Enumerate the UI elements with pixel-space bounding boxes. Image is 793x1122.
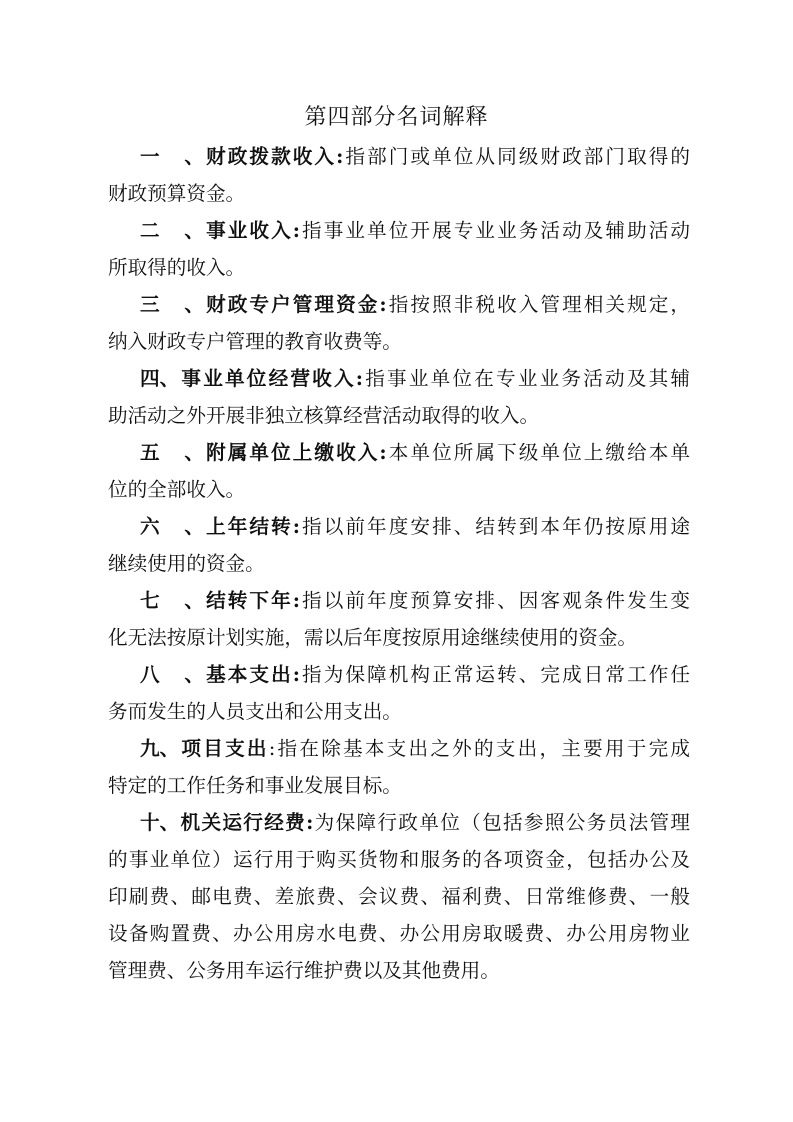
term: 财政拨款收入: (204, 145, 343, 168)
definition-6-line-1: 六、上年结转:指以前年度安排、结转到本年仍按原用途 (140, 513, 690, 541)
term: 附属单位上缴收入: (204, 441, 387, 464)
definition-text: :指在除基本支出之外的支出，主要用于完成 (269, 737, 690, 760)
item-number: 九、 (140, 735, 179, 763)
definition-7-line-2: 化无法按原计划实施，需以后年度按原用途继续使用的资金。 (108, 624, 690, 652)
term: 项目支出 (179, 737, 269, 760)
definition-10-line-5: 管理费、公务用车运行维护费以及其他费用。 (108, 957, 690, 985)
definition-text: 指事业单位在专业业务活动及其辅 (363, 367, 690, 390)
definition-9-line-2: 特定的工作任务和事业发展目标。 (108, 772, 690, 800)
item-number: 五、 (140, 439, 204, 467)
item-number: 六、 (140, 513, 204, 541)
page-title: 第四部分名词解释 (0, 100, 793, 131)
definition-text: 指部门或单位从同级财政部门取得的 (343, 145, 690, 168)
definition-1-line-2: 财政预算资金。 (108, 180, 690, 208)
definition-text: 指为保障机构正常运转、完成日常工作任 (300, 663, 690, 686)
term: 上年结转: (204, 515, 300, 538)
definition-text: 指按照非税收入管理相关规定， (387, 293, 690, 316)
term: 基本支出: (204, 663, 300, 686)
definition-2-line-2: 所取得的收入。 (108, 254, 690, 282)
term: 财政专户管理资金: (204, 293, 387, 316)
definition-10-line-2: 的事业单位）运行用于购买货物和服务的各项资金，包括办公及 (108, 846, 690, 874)
definition-3-line-1: 三、财政专户管理资金:指按照非税收入管理相关规定， (140, 291, 690, 319)
item-number: 一、 (140, 143, 204, 171)
term: 事业收入: (204, 219, 300, 242)
definition-1-line-1: 一、财政拨款收入:指部门或单位从同级财政部门取得的 (140, 143, 690, 171)
definition-text: 指以前年度安排、结转到本年仍按原用途 (300, 515, 690, 538)
definition-text: 指以前年度预算安排、因客观条件发生变 (300, 589, 690, 612)
definition-8-line-2: 务而发生的人员支出和公用支出。 (108, 698, 690, 726)
definition-text: 为保障行政单位（包括参照公务员法管理 (313, 811, 690, 834)
definition-text: 指事业单位开展专业业务活动及辅助活动 (300, 219, 690, 242)
definition-10-line-1: 十、机关运行经费:为保障行政单位（包括参照公务员法管理 (140, 809, 690, 837)
definition-4-line-2: 助活动之外开展非独立核算经营活动取得的收入。 (108, 402, 690, 430)
item-number: 十、 (140, 809, 179, 837)
definition-3-line-2: 纳入财政专户管理的教育收费等。 (108, 328, 690, 356)
definition-2-line-1: 二、事业收入:指事业单位开展专业业务活动及辅助活动 (140, 217, 690, 245)
definition-5-line-2: 位的全部收入。 (108, 476, 690, 504)
definition-7-line-1: 七、结转下年:指以前年度预算安排、因客观条件发生变 (140, 587, 690, 615)
definition-10-line-3: 印刷费、邮电费、差旅费、会议费、福利费、日常维修费、一般 (108, 883, 690, 911)
item-number: 二、 (140, 217, 204, 245)
definition-4-line-1: 四、事业单位经营收入:指事业单位在专业业务活动及其辅 (140, 365, 690, 393)
definition-6-line-2: 继续使用的资金。 (108, 550, 690, 578)
definition-8-line-1: 八、基本支出:指为保障机构正常运转、完成日常工作任 (140, 661, 690, 689)
definition-10-line-4: 设备购置费、办公用房水电费、办公用房取暖费、办公用房物业 (108, 920, 690, 948)
definition-5-line-1: 五、附属单位上缴收入:本单位所属下级单位上缴给本单 (140, 439, 690, 467)
item-number: 八、 (140, 661, 204, 689)
item-number: 七、 (140, 587, 204, 615)
definition-9-line-1: 九、项目支出:指在除基本支出之外的支出，主要用于完成 (140, 735, 690, 763)
item-number: 三、 (140, 291, 204, 319)
definition-text: 本单位所属下级单位上缴给本单 (387, 441, 690, 464)
item-number: 四、 (140, 365, 179, 393)
term: 结转下年: (204, 589, 300, 612)
term: 事业单位经营收入: (179, 367, 363, 390)
term: 机关运行经费: (179, 811, 313, 834)
